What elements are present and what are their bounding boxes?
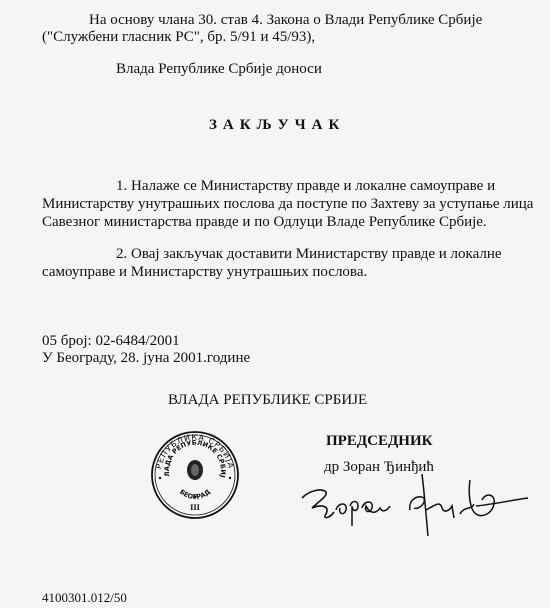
signature-icon xyxy=(300,470,530,540)
reference-number: 05 број: 02-6484/2001 xyxy=(42,332,180,350)
item-2-line-1: 2. Овај закључак доставити Министарству … xyxy=(42,245,484,263)
item-1-line-2: Министарству унутрашњих послова да посту… xyxy=(42,195,484,213)
document-title: ЗАКЉУЧАК xyxy=(209,117,345,134)
signatory-title: ПРЕДСЕДНИК xyxy=(326,432,433,450)
item-2-line-2: самоуправе и Министарству унутрашњих пос… xyxy=(42,263,367,281)
issuer: ВЛАДА РЕПУБЛИКЕ СРБИЈЕ xyxy=(168,391,367,409)
place-date: У Београду, 28. јуна 2001.године xyxy=(42,349,250,367)
svg-text:БЕОГРАД: БЕОГРАД xyxy=(178,488,212,501)
preamble-line-3: Влада Републике Србије доноси xyxy=(116,60,322,78)
footer-code: 4100301.012/50 xyxy=(42,590,127,606)
preamble-line-2: ("Службени гласник РС", бр. 5/91 и 45/93… xyxy=(42,28,315,46)
item-1-line-1: 1. Налаже се Министарству правде и локал… xyxy=(42,177,484,195)
svg-text:III: III xyxy=(190,503,200,512)
official-seal-icon: РЕПУБЛИКА СРБИЈА ВЛАДА РЕПУБЛИКЕ СРБИЈЕ … xyxy=(150,430,240,520)
preamble-line-1: На основу члана 30. став 4. Закона о Вла… xyxy=(89,11,482,29)
item-1-line-3: Савезног министарства правде и по Одлуци… xyxy=(42,213,487,231)
